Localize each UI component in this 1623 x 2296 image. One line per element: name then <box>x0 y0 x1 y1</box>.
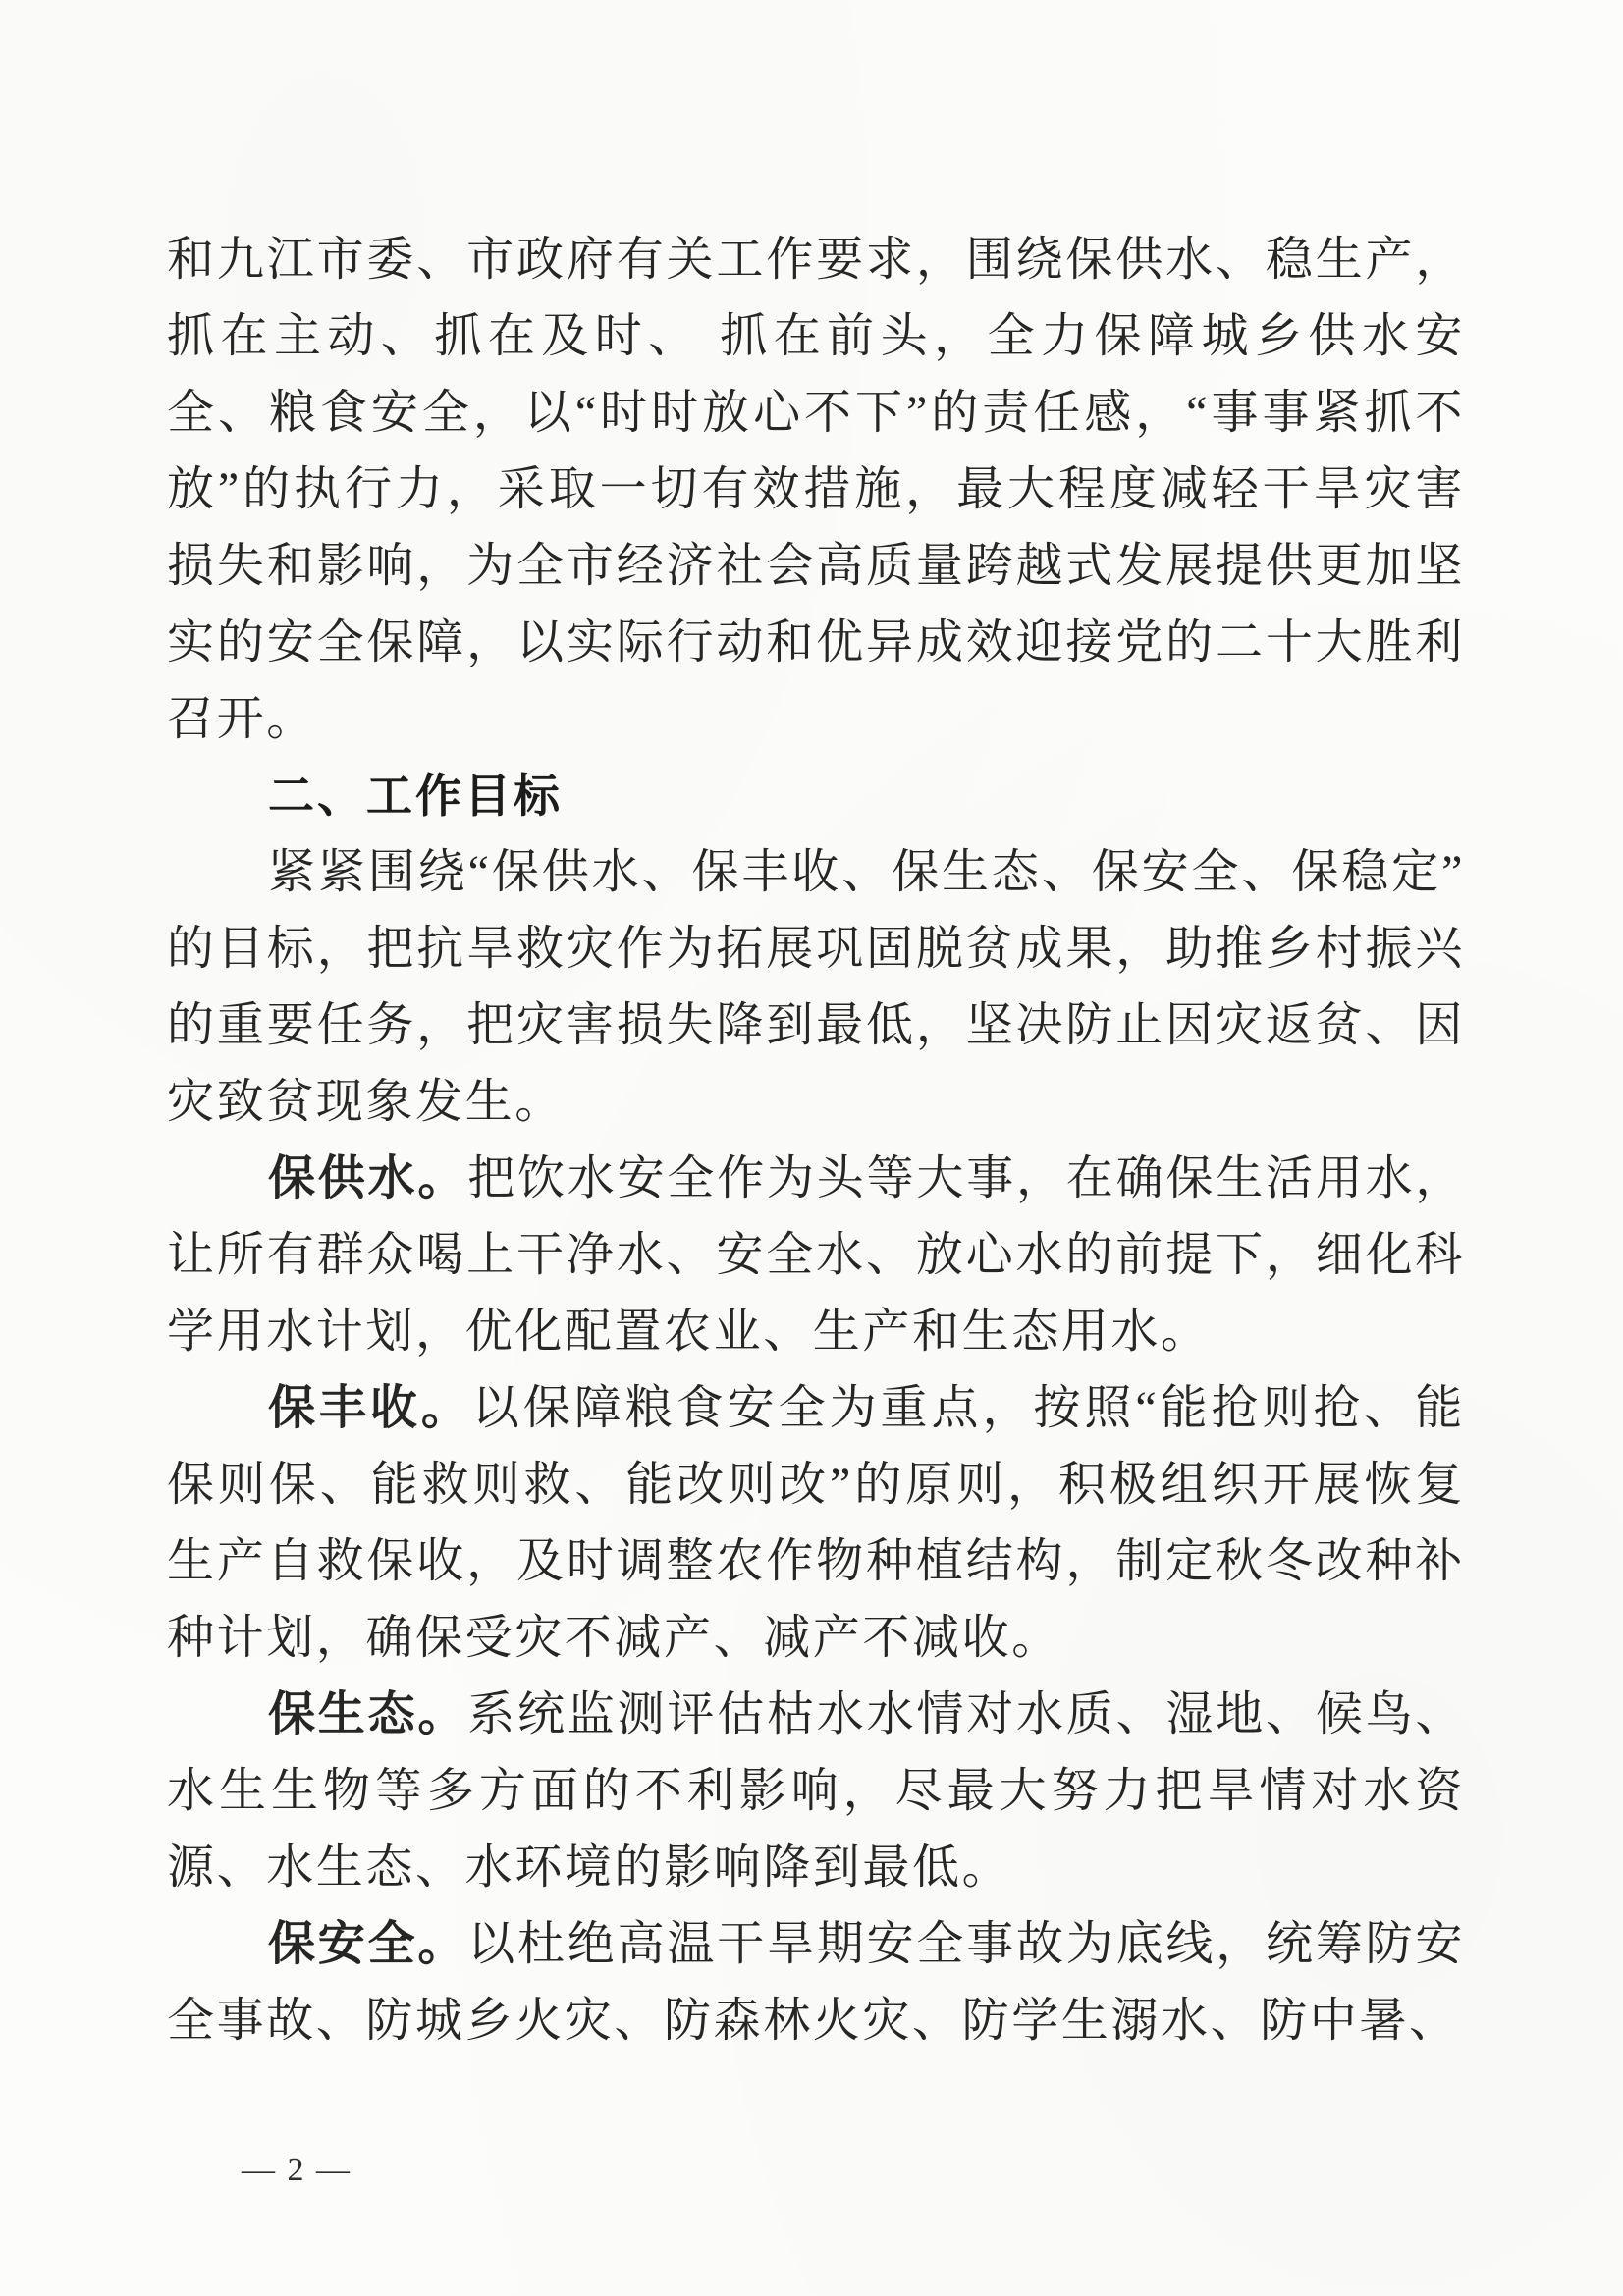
paragraph-lead: 保生态。 <box>268 1688 467 1740</box>
paragraph: 紧紧围绕“保供水、保丰收、保生态、保安全、保稳定”的目标，把抗旱救灾作为拓展巩固… <box>167 834 1465 1141</box>
paragraph-lead: 保供水。 <box>268 1152 467 1204</box>
paragraph: 和九江市委、市政府有关工作要求，围绕保供水、稳生产，抓在主动、抓在及时、 抓在前… <box>167 222 1465 758</box>
paragraph-lead: 保丰收。 <box>268 1382 472 1434</box>
paragraph-text: 和九江市委、市政府有关工作要求，围绕保供水、稳生产，抓在主动、抓在及时、 抓在前… <box>167 234 1465 745</box>
page-number: — 2 — <box>242 2152 352 2189</box>
paragraph-text: 紧紧围绕“保供水、保丰收、保生态、保安全、保稳定”的目标，把抗旱救灾作为拓展巩固… <box>167 846 1465 1128</box>
paragraph: 保供水。把饮水安全作为头等大事，在确保生活用水，让所有群众喝上干净水、安全水、放… <box>167 1141 1465 1370</box>
paragraph-lead: 保安全。 <box>268 1918 467 1970</box>
document-body: 和九江市委、市政府有关工作要求，围绕保供水、稳生产，抓在主动、抓在及时、 抓在前… <box>167 222 1465 2059</box>
paragraph: 保生态。系统监测评估枯水水情对水质、湿地、候鸟、水生生物等多方面的不利影响，尽最… <box>167 1677 1465 1906</box>
paragraph: 保丰收。以保障粮食安全为重点，按照“能抢则抢、能保则保、能救则救、能改则改”的原… <box>167 1370 1465 1677</box>
section-heading: 二、工作目标 <box>167 758 1465 834</box>
paragraph: 保安全。以杜绝高温干旱期安全事故为底线，统筹防安全事故、防城乡火灾、防森林火灾、… <box>167 1906 1465 2059</box>
document-page: 和九江市委、市政府有关工作要求，围绕保供水、稳生产，抓在主动、抓在及时、 抓在前… <box>0 0 1623 2296</box>
